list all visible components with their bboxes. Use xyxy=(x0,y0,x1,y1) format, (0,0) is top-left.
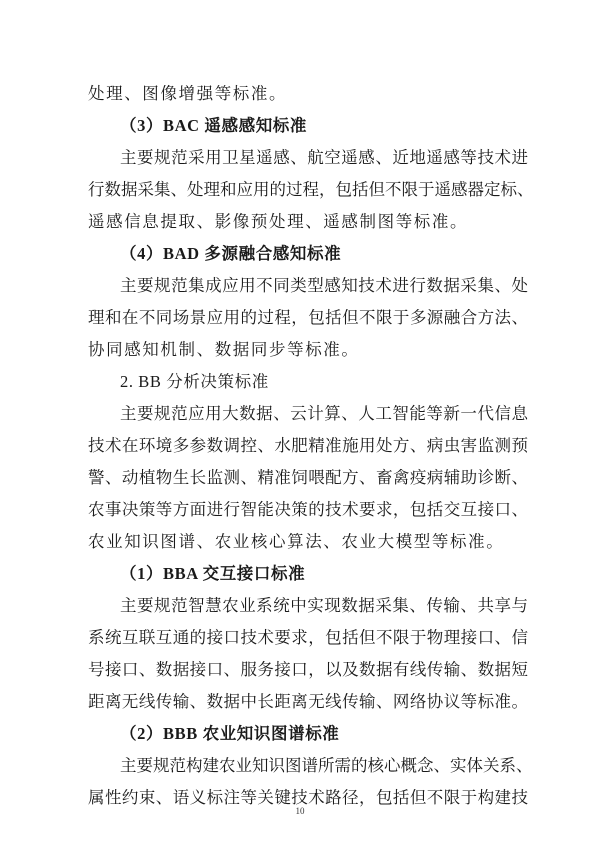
body-line: 协同感知机制、数据同步等标准。 xyxy=(88,340,528,360)
body-line: 农事决策等方面进行智能决策的技术要求，包括交互接口、 xyxy=(88,500,528,520)
page-number: 10 xyxy=(0,806,600,816)
body-line: 属性约束、语义标注等关键技术路径，包括但不限于构建技 xyxy=(88,788,528,808)
body-line: 遥感信息提取、影像预处理、遥感制图等标准。 xyxy=(88,212,528,232)
body-line: 技术在环境多参数调控、水肥精准施用处方、病虫害监测预 xyxy=(88,436,528,456)
body-line: 主要规范智慧农业系统中实现数据采集、传输、共享与 xyxy=(120,596,528,616)
section-heading-bbb: （2）BBB 农业知识图谱标准 xyxy=(120,724,560,744)
body-line: 行数据采集、处理和应用的过程，包括但不限于遥感器定标、 xyxy=(88,180,528,200)
document-page: 处理、图像增强等标准。 （3）BAC 遥感感知标准 主要规范采用卫星遥感、航空遥… xyxy=(0,0,600,848)
body-line: 农业知识图谱、农业核心算法、农业大模型等标准。 xyxy=(88,532,528,552)
body-line: 主要规范构建农业知识图谱所需的核心概念、实体关系、 xyxy=(120,756,528,776)
body-line: 警、动植物生长监测、精准饲喂配方、畜禽疫病辅助诊断、 xyxy=(88,468,528,488)
body-line: 主要规范集成应用不同类型感知技术进行数据采集、处 xyxy=(120,276,528,296)
body-line: 处理、图像增强等标准。 xyxy=(88,84,528,104)
section-heading-bba: （1）BBA 交互接口标准 xyxy=(120,564,560,584)
body-line: 距离无线传输、数据中长距离无线传输、网络协议等标准。 xyxy=(88,692,528,712)
section-heading-bac: （3）BAC 遥感感知标准 xyxy=(120,116,560,136)
body-line: 主要规范应用大数据、云计算、人工智能等新一代信息 xyxy=(120,404,528,424)
section-heading-bb: 2. BB 分析决策标准 xyxy=(120,372,560,392)
body-line: 系统互联互通的接口技术要求，包括但不限于物理接口、信 xyxy=(88,628,528,648)
section-heading-bad: （4）BAD 多源融合感知标准 xyxy=(120,244,560,264)
body-line: 主要规范采用卫星遥感、航空遥感、近地遥感等技术进 xyxy=(120,148,528,168)
body-line: 号接口、数据接口、服务接口，以及数据有线传输、数据短 xyxy=(88,660,528,680)
body-line: 理和在不同场景应用的过程，包括但不限于多源融合方法、 xyxy=(88,308,528,328)
